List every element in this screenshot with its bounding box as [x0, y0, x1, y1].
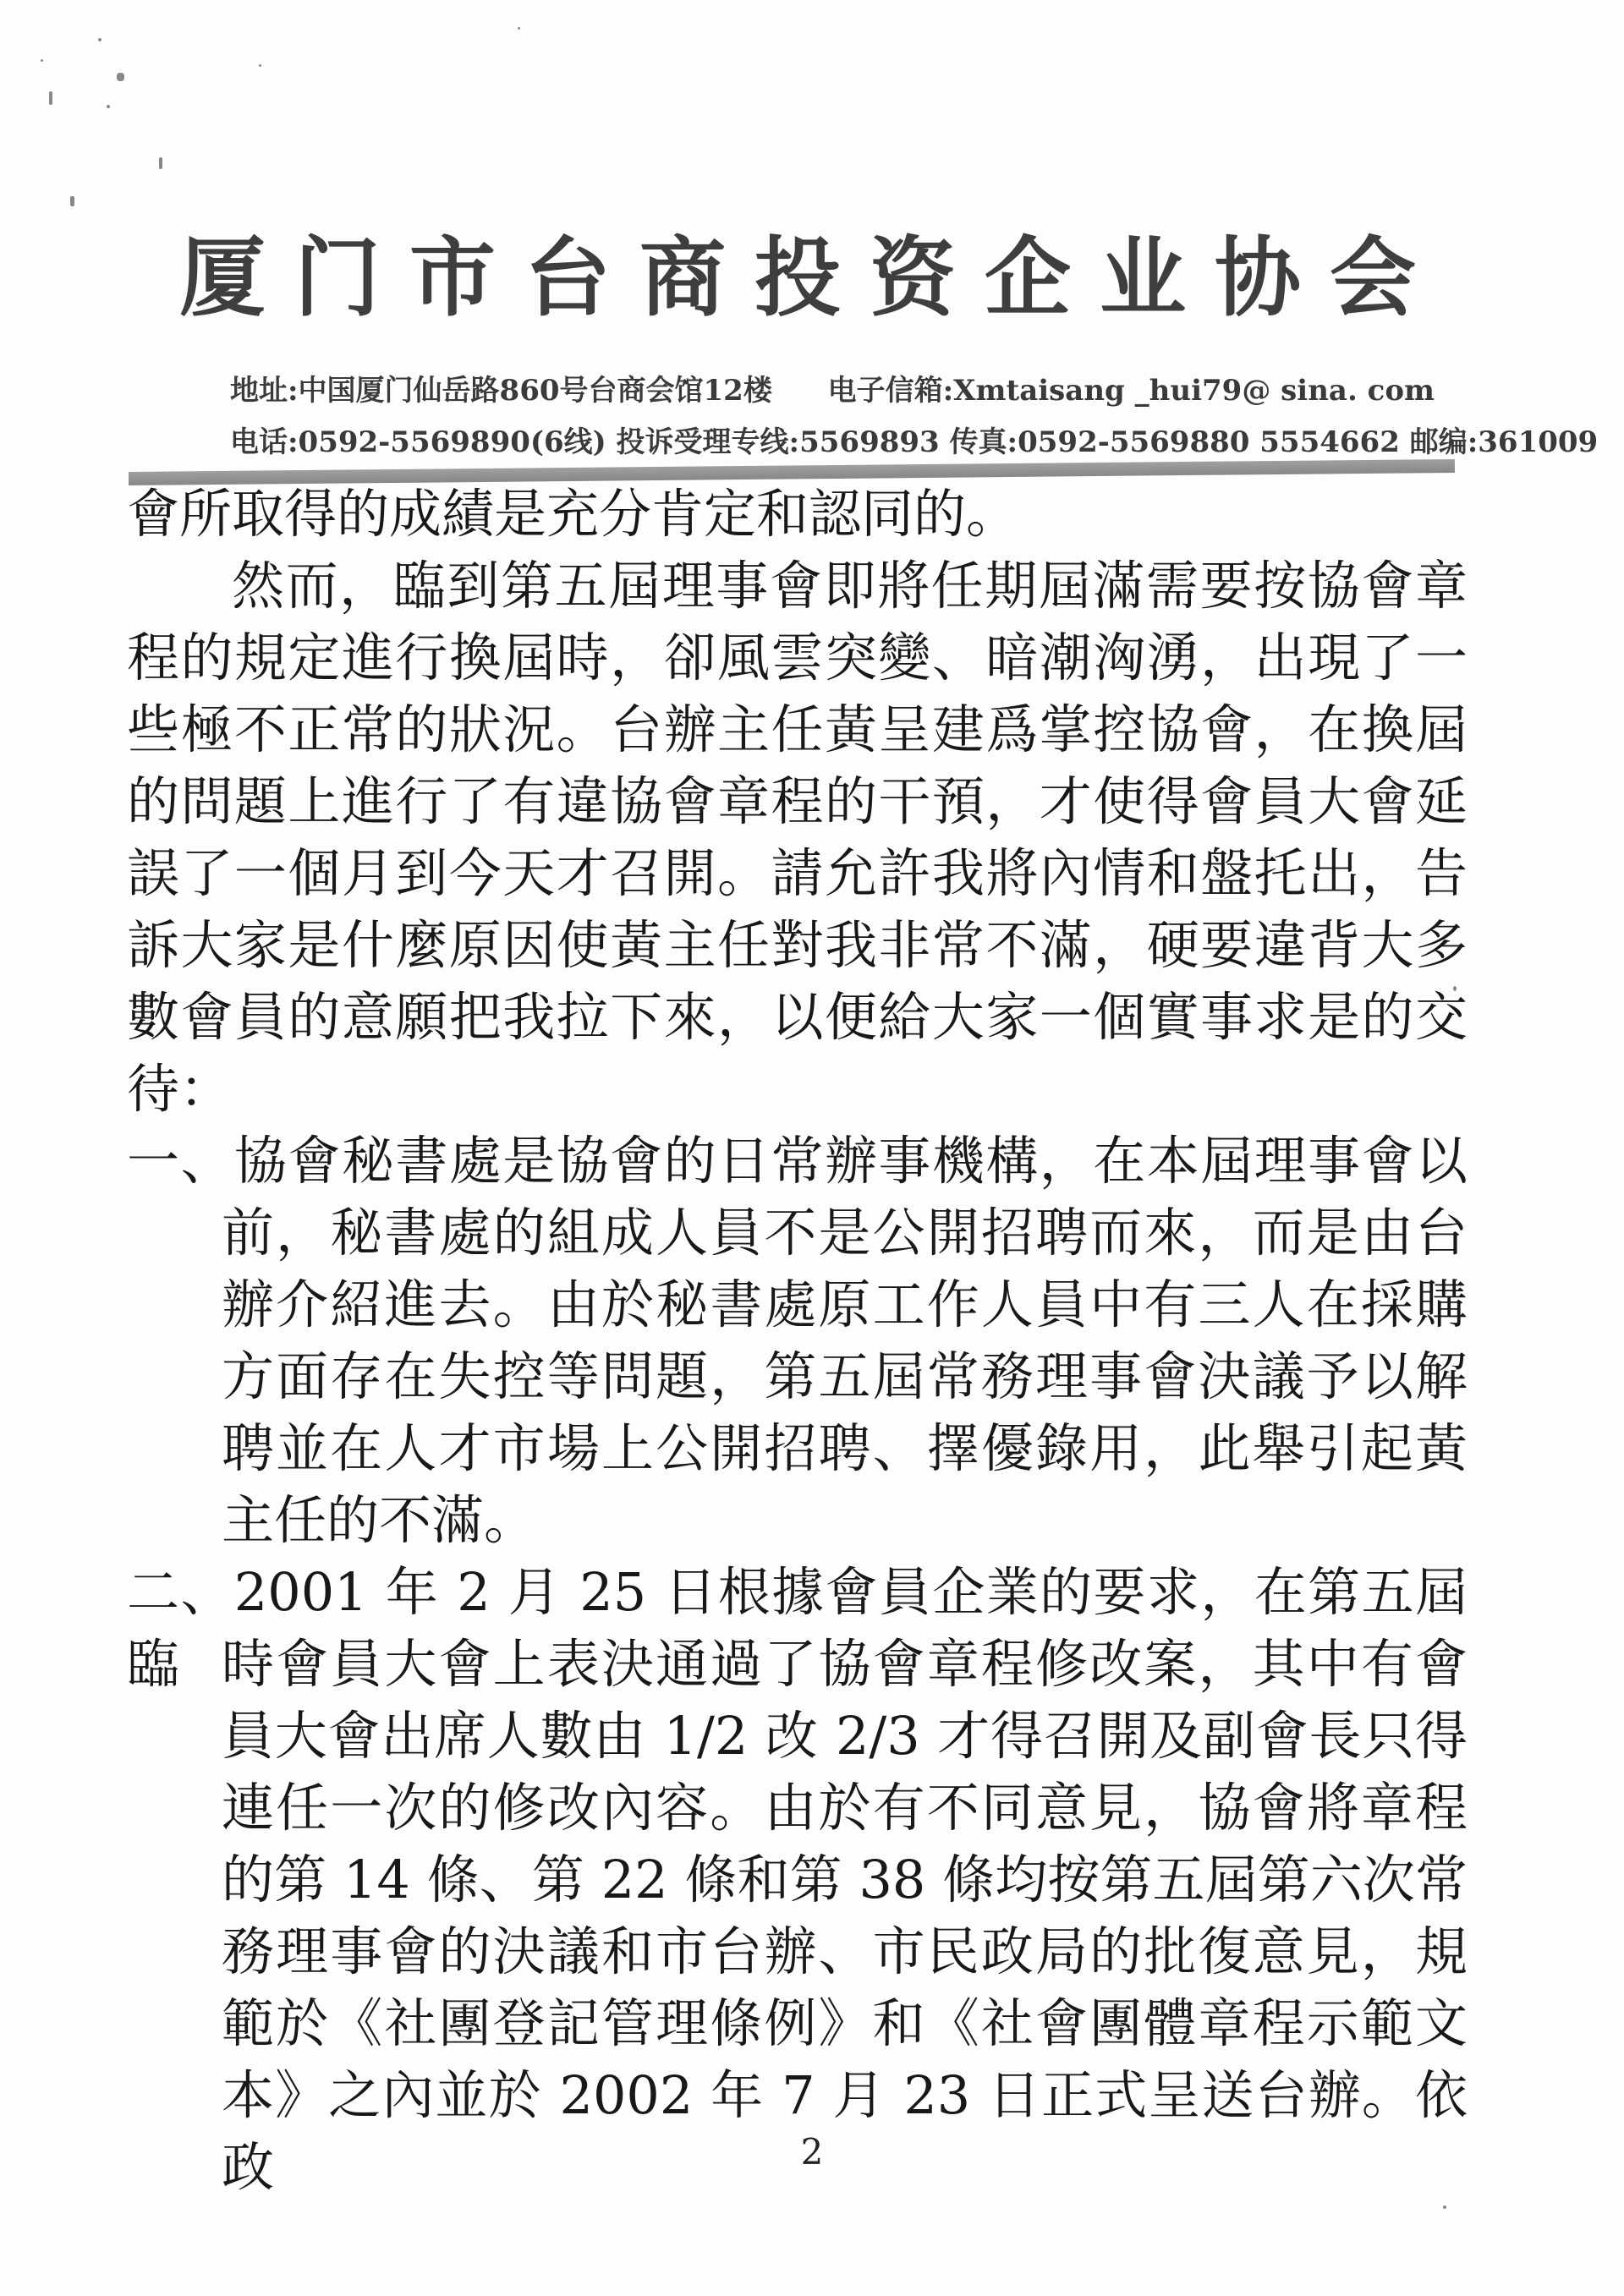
- body-line: 聘並在人才市場上公開招聘、擇優錄用，此舉引起黃: [127, 1412, 1468, 1484]
- body-line: 連任一次的修改內容。由於有不同意見，協會將章程: [127, 1772, 1468, 1844]
- body-line: 然而，臨到第五屆理事會即將任期屆滿需要按協會章: [127, 550, 1468, 622]
- body-line: 方面存在失控等問題，第五屆常務理事會決議予以解: [127, 1340, 1468, 1412]
- scan-speck: [518, 27, 520, 30]
- body-line: 員大會出席人數由 1/2 改 2/3 才得召開及副會長只得: [127, 1700, 1468, 1772]
- scan-speck: [159, 157, 162, 169]
- body-line: 二、2001 年 2 月 25 日根據會員企業的要求，在第五屆臨: [127, 1556, 1468, 1628]
- page-number: 2: [0, 2131, 1624, 2173]
- scan-speck: [98, 38, 101, 41]
- body-line: 辦介紹進去。由於秘書處原工作人員中有三人在採購: [127, 1269, 1468, 1340]
- scan-speck: [107, 105, 110, 108]
- body-line: 誤了一個月到今天才召開。請允許我將內情和盤托出，告: [127, 837, 1468, 909]
- body-line: 務理事會的決議和市台辦、市民政局的批復意見，規: [127, 1915, 1468, 1987]
- body-line: 範於《社團登記管理條例》和《社會團體章程示範文: [127, 1987, 1468, 2059]
- org-phone-fax-postcode: 电话:0592-5569890(6线) 投诉受理专线:5569893 传真:05…: [230, 425, 1598, 459]
- body-line: 會所取得的成績是充分肯定和認同的。: [127, 478, 1468, 550]
- scan-speck: [1443, 2206, 1446, 2209]
- org-email: 电子信箱:Xmtaisang _hui79@ sina. com: [828, 367, 1435, 408]
- scan-speck: [259, 64, 261, 67]
- body-line: 一、協會秘書處是協會的日常辦事機構，在本屆理事會以: [127, 1125, 1468, 1197]
- org-address: 地址:中国厦门仙岳路860号台商会馆12楼: [230, 367, 772, 408]
- letterhead-contact-block: 地址:中国厦门仙岳路860号台商会馆12楼 电子信箱:Xmtaisang _hu…: [230, 367, 1435, 460]
- body-line: 訴大家是什麼原因使黃主任對我非常不滿，硬要違背大多: [127, 909, 1468, 981]
- body-line: 主任的不滿。: [127, 1484, 1468, 1556]
- body-line: 數會員的意願把我拉下來，以便給大家一個實事求是的交: [127, 981, 1468, 1053]
- body-line: 時會員大會上表決通過了協會章程修改案，其中有會: [127, 1628, 1468, 1700]
- scanned-document-page: 厦门市台商投资企业协会 地址:中国厦门仙岳路860号台商会馆12楼 电子信箱:X…: [0, 0, 1624, 2296]
- scan-speck: [70, 196, 74, 206]
- scan-speck: [117, 73, 124, 81]
- scan-speck: [49, 91, 52, 105]
- body-line: 本》之內並於 2002 年 7 月 23 日正式呈送台辦。依政: [127, 2059, 1468, 2131]
- letter-body: 會所取得的成績是充分肯定和認同的。 然而，臨到第五屆理事會即將任期屆滿需要按協會…: [127, 478, 1468, 2131]
- body-line: 前，秘書處的組成人員不是公開招聘而來，而是由台: [127, 1197, 1468, 1269]
- body-line: 的第 14 條、第 22 條和第 38 條均按第五屆第六次常: [127, 1844, 1468, 1915]
- scan-speck: [41, 59, 43, 62]
- body-line: 的問題上進行了有違協會章程的干預，才使得會員大會延: [127, 765, 1468, 837]
- body-line: 待：: [127, 1053, 1468, 1125]
- org-title: 厦门市台商投资企业协会: [127, 210, 1497, 333]
- body-line: 些極不正常的狀況。台辦主任黃呈建爲掌控協會，在換屆: [127, 693, 1468, 765]
- body-line: 程的規定進行換屆時，卻風雲突變、暗潮洶湧，出現了一: [127, 622, 1468, 693]
